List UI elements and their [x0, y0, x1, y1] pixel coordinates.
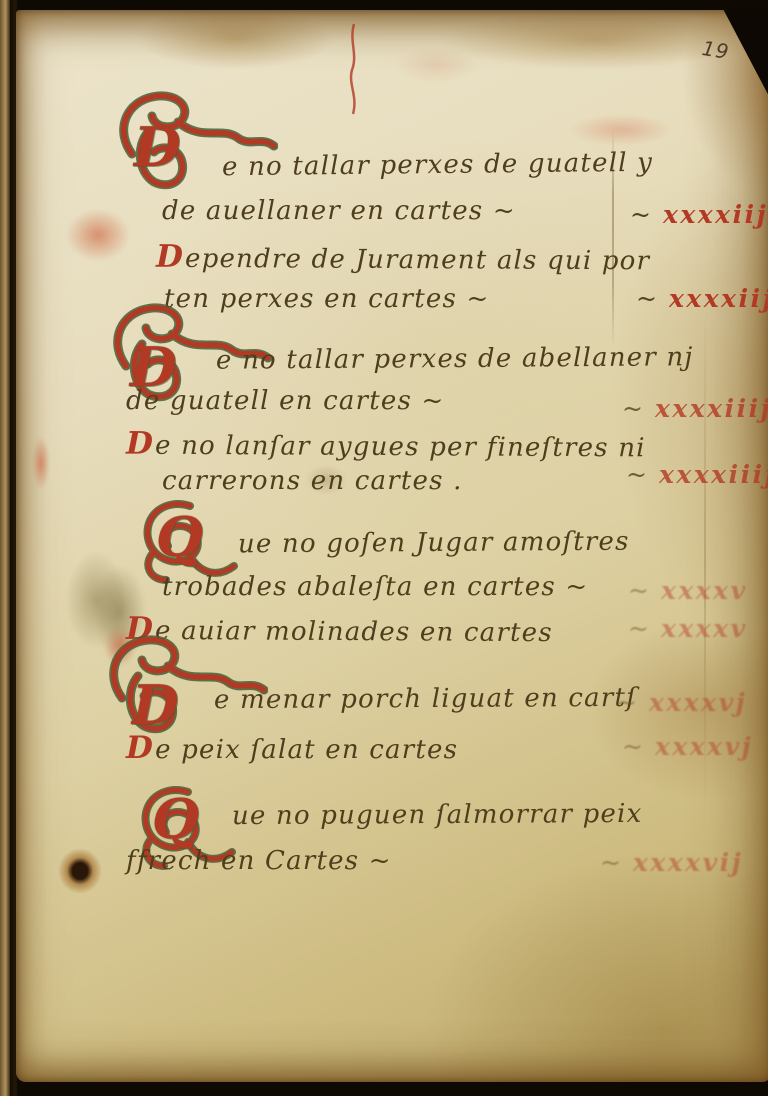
folio-reference: ~xxxxv [628, 614, 748, 643]
entry-line: ue no goſen Jugar amoſtres [238, 527, 630, 560]
folio-reference: ~xxxxiij [630, 200, 768, 229]
entry-line: Dependre de Jurament als qui por [156, 239, 650, 278]
red-bleed-mark [30, 430, 52, 496]
entry-line: trobades abaleſta en cartes ~ [162, 572, 588, 602]
entry-line: e no tallar perxes de guatell y [222, 148, 653, 183]
rubric-initial: D [126, 426, 154, 462]
entry-line: e menar porch liguat en cartſ [214, 683, 637, 715]
entry-line: ffrech en Cartes ~ [126, 846, 392, 876]
initial-letter: D [134, 120, 181, 174]
rubric-initial: D [156, 239, 184, 275]
entry-line: De no lanſar aygues per fineſtres ni [126, 426, 646, 465]
initial-letter: Q [152, 792, 199, 846]
red-bleed-mark [556, 110, 686, 150]
entry-line: de auellaner en cartes ~ [162, 196, 516, 226]
entry-line: ue no puguen ſalmorrar peix [232, 799, 643, 831]
entry-line: de guatell en cartes ~ [126, 386, 444, 416]
folio-number: 19 [700, 36, 731, 64]
parchment-page: 19 D e no tallar perxes de guatell y de … [16, 10, 768, 1082]
folio-reference: ~xxxxiiij [626, 460, 768, 489]
folio-reference: ~xxxxiij [636, 284, 768, 313]
rubric-initial: D [126, 730, 154, 766]
folio-reference: ~xxxxv [628, 576, 748, 605]
folio-reference: ~xxxxvj [616, 688, 747, 717]
folio-reference: ~xxxxiiij [622, 394, 768, 423]
red-bleed-mark [58, 202, 138, 268]
entry-line: carrerons en cartes . [162, 466, 463, 496]
entry-line: De peix ſalat en cartes [126, 730, 458, 766]
ink-blot-stain [58, 848, 102, 894]
initial-letter: Q [156, 510, 203, 564]
red-squiggle-mark [346, 22, 366, 117]
folio-reference: ~xxxxvj [622, 732, 753, 761]
entry-line: e no tallar perxes de abellaner nj [216, 342, 694, 375]
manuscript-photo: 19 D e no tallar perxes de guatell y de … [0, 0, 768, 1096]
folio-reference: ~xxxxvij [600, 848, 743, 877]
initial-letter: D [132, 678, 179, 732]
facing-folio-edge [0, 0, 10, 1096]
